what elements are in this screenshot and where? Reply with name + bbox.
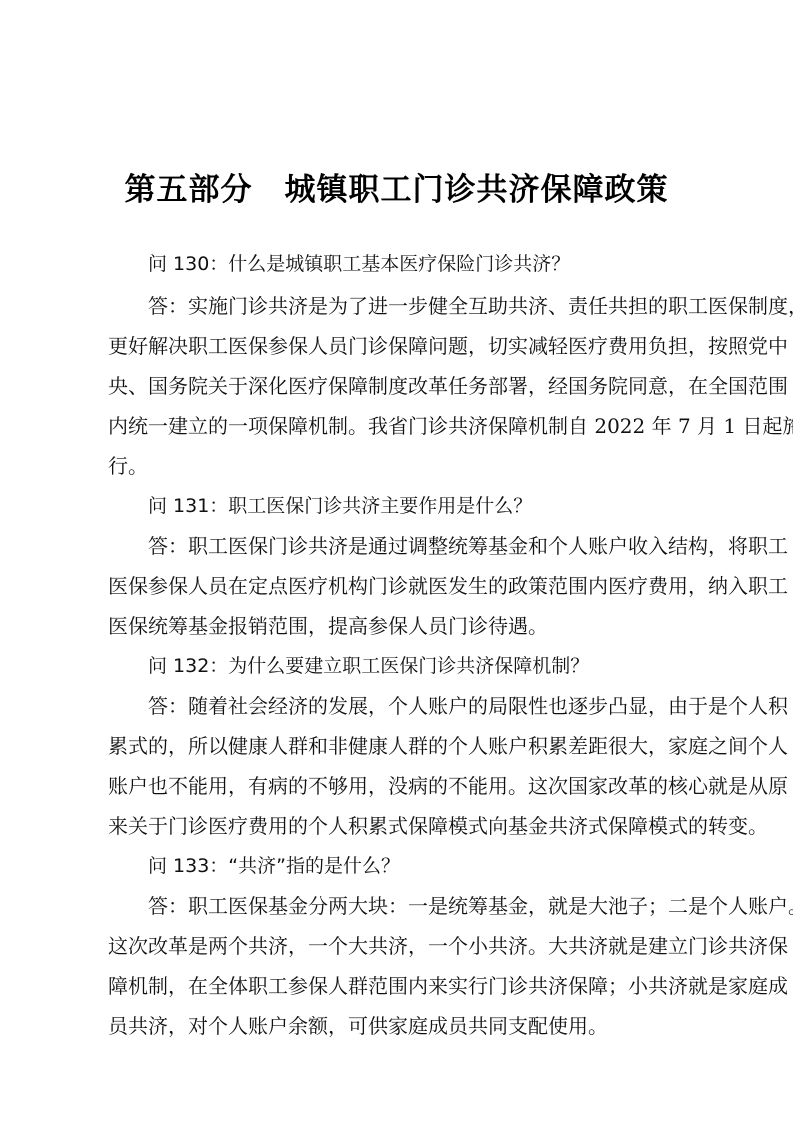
answer-133-line-4: 员共济，对个人账户余额，可供家庭成员共同支配使用。 — [108, 1014, 688, 1038]
answer-133-line-3: 障机制，在全体职工参保人群范围内来实行门诊共济保障；小共济就是家庭成 — [108, 974, 688, 998]
answer-132-line-3: 账户也不能用，有病的不够用，没病的不能用。这次国家改革的核心就是从原 — [108, 774, 688, 798]
answer-131-line-1: 答：职工医保门诊共济是通过调整统筹基金和个人账户收入结构，将职工 — [148, 534, 688, 558]
answer-133-line-2: 这次改革是两个共济，一个大共济，一个小共济。大共济就是建立门诊共济保 — [108, 934, 688, 958]
document-page: 第五部分 城镇职工门诊共济保障政策 问 130：什么是城镇职工基本医疗保险门诊共… — [0, 0, 793, 1122]
answer-130-line-5: 行。 — [108, 454, 688, 478]
question-133: 问 133：“共济”指的是什么？ — [148, 854, 400, 878]
answer-132-line-2: 累式的，所以健康人群和非健康人群的个人账户积累差距很大，家庭之间个人 — [108, 734, 688, 758]
answer-130-line-3: 央、国务院关于深化医疗保障制度改革任务部署，经国务院同意，在全国范围 — [108, 374, 688, 398]
answer-132-line-4: 来关于门诊医疗费用的个人积累式保障模式向基金共济式保障模式的转变。 — [108, 814, 688, 838]
answer-130-line-4: 内统一建立的一项保障机制。我省门诊共济保障机制自 2022 年 7 月 1 日起… — [108, 414, 688, 438]
question-130: 问 130：什么是城镇职工基本医疗保险门诊共济？ — [148, 252, 570, 276]
answer-132-line-1: 答：随着社会经济的发展，个人账户的局限性也逐步凸显，由于是个人积 — [148, 694, 688, 718]
answer-133-line-1: 答：职工医保基金分两大块：一是统筹基金，就是大池子；二是个人账户。 — [148, 894, 688, 918]
question-131: 问 131：职工医保门诊共济主要作用是什么？ — [148, 494, 532, 518]
answer-130-line-1: 答：实施门诊共济是为了进一步健全互助共济、责任共担的职工医保制度， — [148, 294, 688, 318]
question-132: 问 132：为什么要建立职工医保门诊共济保障机制？ — [148, 654, 589, 678]
answer-131-line-2: 医保参保人员在定点医疗机构门诊就医发生的政策范围内医疗费用，纳入职工 — [108, 574, 688, 598]
section-title: 第五部分 城镇职工门诊共济保障政策 — [0, 164, 793, 209]
answer-131-line-3: 医保统筹基金报销范围，提高参保人员门诊待遇。 — [108, 614, 688, 638]
answer-130-line-2: 更好解决职工医保参保人员门诊保障问题，切实减轻医疗费用负担，按照党中 — [108, 334, 688, 358]
